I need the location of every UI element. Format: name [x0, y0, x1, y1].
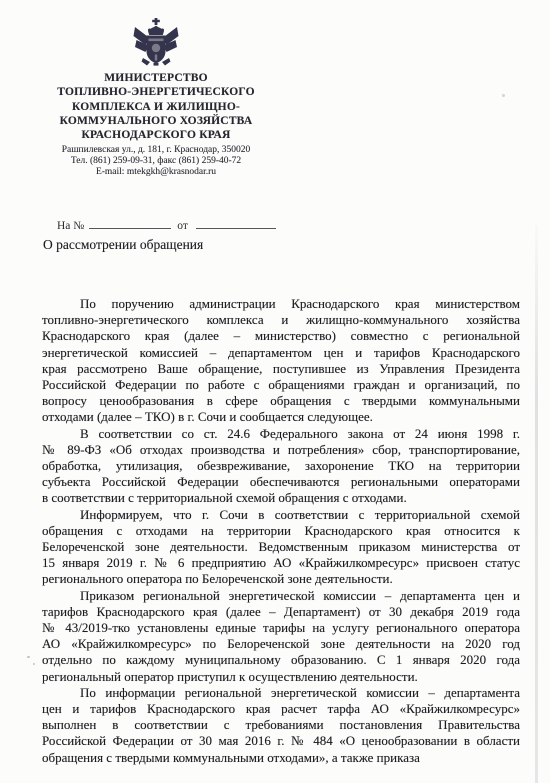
letter-page: МИНИСТЕРСТВОТОПЛИВНО-ЭНЕРГЕТИЧЕСКОГОКОМП…	[0, 0, 550, 783]
body-line: Белореченской зоне деятельности. Ведомст…	[42, 539, 520, 555]
text-line: ТОПЛИВНО-ЭНЕРГЕТИЧЕСКОГО	[0, 85, 312, 99]
text-line: Рашпилевская ул., д. 181, г. Краснодар, …	[0, 145, 312, 156]
body-line: отходами (далее – ТКО) в г. Сочи и сообщ…	[42, 409, 520, 425]
ministry-address: Рашпилевская ул., д. 181, г. Краснодар, …	[0, 145, 312, 177]
body-line: обращения с твердыми коммунальными отход…	[42, 750, 520, 766]
reference-line: На №от	[57, 216, 276, 232]
scan-speck	[33, 663, 35, 665]
body-line: Приказом региональной энергетической ком…	[42, 588, 520, 604]
body-line: цен и тарифов Краснодарского края расчет…	[42, 701, 520, 717]
body-line: вопросу ценообразования в сфере обращени…	[42, 393, 520, 409]
text-line: МИНИСТЕРСТВО	[0, 71, 312, 85]
subject-line: О рассмотрении обращения	[43, 237, 203, 253]
body-line: топливно-энергетического комплекса и жил…	[42, 312, 520, 328]
text-line: КОМПЛЕКСА И ЖИЛИЩНО-	[0, 100, 312, 114]
body-line: Краснодарского края (далее – министерств…	[42, 328, 520, 344]
scan-speck	[27, 656, 30, 658]
krasnodar-krai-coat-of-arms-icon	[0, 18, 312, 66]
scan-shadow-edge	[535, 225, 538, 783]
letter-body: По поручению администрации Краснодарског…	[42, 296, 520, 766]
text-line: Тел. (861) 259-09-31, факс (861) 259-40-…	[0, 156, 312, 167]
body-line: края рассмотрено Ваше обращение, поступи…	[42, 361, 520, 377]
ministry-name: МИНИСТЕРСТВОТОПЛИВНО-ЭНЕРГЕТИЧЕСКОГОКОМП…	[0, 71, 312, 142]
body-line: тарифов Краснодарского края (далее – Деп…	[42, 604, 520, 620]
body-line: регионального оператора по Белореченской…	[42, 571, 520, 587]
body-line: Российской Федерации по работе с обращен…	[42, 377, 520, 393]
ref-date-blank	[196, 216, 276, 229]
body-line: региональный оператор приступил к осущес…	[42, 669, 520, 685]
body-line: 15 января 2019 г. № 6 предприятию АО «Кр…	[42, 555, 520, 571]
body-line: № 43/2019-тко установлены единые тарифы …	[42, 620, 520, 636]
ref-number-blank	[89, 216, 171, 229]
body-line: Российской Федерации от 30 мая 2016 г. №…	[42, 733, 520, 749]
body-line: отдельно по каждому муниципальному образ…	[42, 652, 520, 668]
body-line: энергетической комиссией – департаментом…	[42, 345, 520, 361]
body-line: В соответствии со ст. 24.6 Федерального …	[42, 426, 520, 442]
letterhead: МИНИСТЕРСТВОТОПЛИВНО-ЭНЕРГЕТИЧЕСКОГОКОМП…	[0, 18, 312, 178]
text-line: КОММУНАЛЬНОГО ХОЗЯЙСТВА	[0, 114, 312, 128]
body-line: АО «Крайжилкомресурс» по Белореченской з…	[42, 636, 520, 652]
body-line: обращения с отходами на территории Красн…	[42, 523, 520, 539]
body-line: № 89-ФЗ «Об отходах производства и потре…	[42, 442, 520, 458]
text-line: E-mail: mtekgkh@krasnodar.ru	[0, 167, 312, 178]
ref-from-label: от	[177, 220, 188, 232]
body-line: выполнен в соответствии с требованиями п…	[42, 717, 520, 733]
body-line: в соответствии с территориальной схемой …	[42, 490, 520, 506]
ref-on-number-label: На №	[57, 220, 84, 232]
body-line: По информации региональной энергетическо…	[42, 685, 520, 701]
body-line: субъекта Российской Федерации обеспечива…	[42, 474, 520, 490]
body-line: Информируем, что г. Сочи в соответствии …	[42, 507, 520, 523]
scan-speck	[502, 94, 505, 97]
body-line: обработка, утилизация, обезвреживание, з…	[42, 458, 520, 474]
text-line: КРАСНОДАРСКОГО КРАЯ	[0, 128, 312, 142]
body-line: По поручению администрации Краснодарског…	[42, 296, 520, 312]
